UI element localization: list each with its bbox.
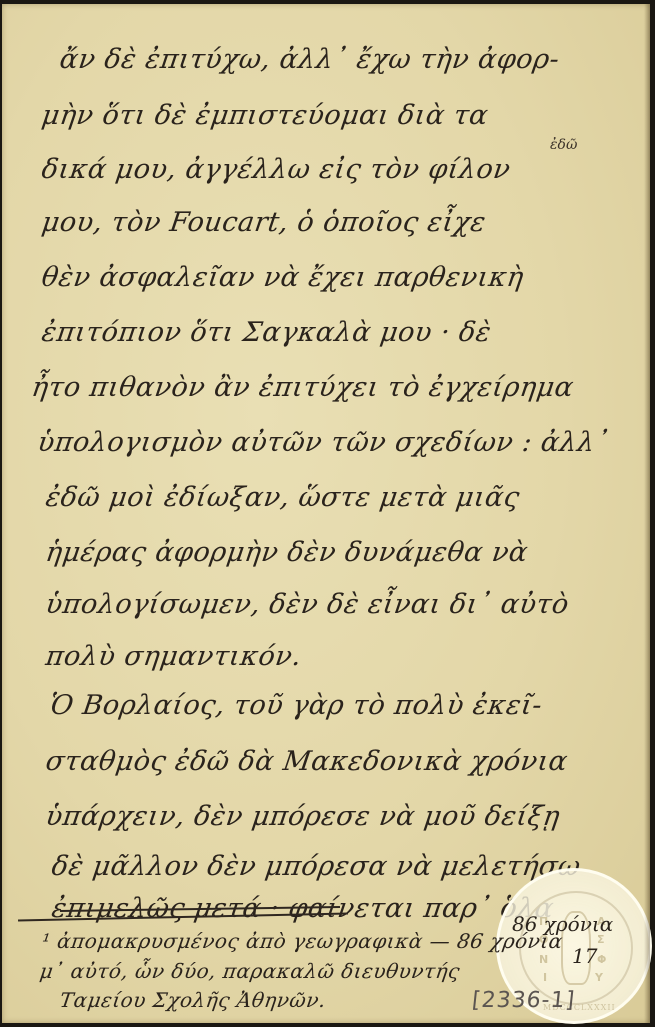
text-line: σταθμὸς ἐδῶ δὰ Μακεδονικὰ χρόνια — [44, 746, 570, 777]
seal-overwrite-text: 86 χρόνια — [512, 912, 613, 936]
text-line: θὲν ἀσφαλεῖαν νὰ ἔχει παρθενικὴ — [40, 262, 526, 293]
text-line: ἐδῶ μοὶ ἐδίωξαν, ὥστε μετὰ μιᾶς — [44, 482, 522, 513]
seal-letter: Φ — [597, 953, 606, 966]
manuscript-page: ἄν δὲ ἐπιτύχω, ἀλλ᾽ ἔχω τὴν ἀφορ- μὴν ὅτ… — [2, 4, 650, 1023]
text-line: ἡμέρας ἀφορμὴν δὲν δυνάμεθα νὰ — [44, 537, 530, 568]
text-line: δὲ μᾶλλον δὲν μπόρεσα νὰ μελετήσω — [50, 851, 583, 882]
seal-letter: Ν — [539, 953, 548, 966]
footnote-line: ¹ ἀπομακρυσμένος ἀπὸ γεωγραφικὰ — 86 χρό… — [40, 929, 564, 953]
text-line: ἄν δὲ ἐπιτύχω, ἀλλ᾽ ἔχω τὴν ἀφορ- — [58, 44, 562, 75]
seal-letter: Υ — [595, 971, 603, 984]
seal-letter: Ι — [543, 971, 547, 984]
text-line: ἦτο πιθανὸν ἂν ἐπιτύχει τὸ ἐγχείρημα — [30, 372, 576, 403]
text-line: Ὁ Βορλαίος, τοῦ γὰρ τὸ πολὺ ἐκεῖ- — [48, 690, 544, 721]
text-line: ὑπολογισμὸν αὐτῶν τῶν σχεδίων : ἀλλ᾽ — [36, 427, 611, 458]
text-line: ὑπολογίσωμεν, δὲν δὲ εἶναι δι᾽ αὐτὸ — [44, 589, 571, 620]
seal-overwrite-text: 17 — [572, 944, 597, 968]
text-line: ἐπιτόπιον ὅτι Σαγκαλὰ μου · δὲ — [40, 317, 493, 348]
text-line: μὴν ὅτι δὲ ἐμπιστεύομαι διὰ τα — [40, 100, 490, 131]
text-line: ὑπάρχειν, δὲν μπόρεσε νὰ μοῦ δείξῃ — [44, 801, 562, 832]
footnote-line: Ταμείου Σχολῆς Ἀθηνῶν. — [58, 988, 327, 1012]
text-line: δικά μου, ἀγγέλλω εἰς τὸν φίλον — [40, 154, 513, 185]
footnote-line: μ᾽ αὐτό, ὧν δύο, παρακαλῶ διευθυντής — [38, 959, 461, 983]
archive-number: [2336-1] — [471, 988, 577, 1013]
text-line: μου, τὸν Foucart, ὁ ὁποῖος εἶχε — [40, 207, 488, 238]
superscript-insertion: ἐδῶ — [550, 137, 577, 153]
text-line: πολὺ σημαντικόν. — [44, 641, 304, 672]
